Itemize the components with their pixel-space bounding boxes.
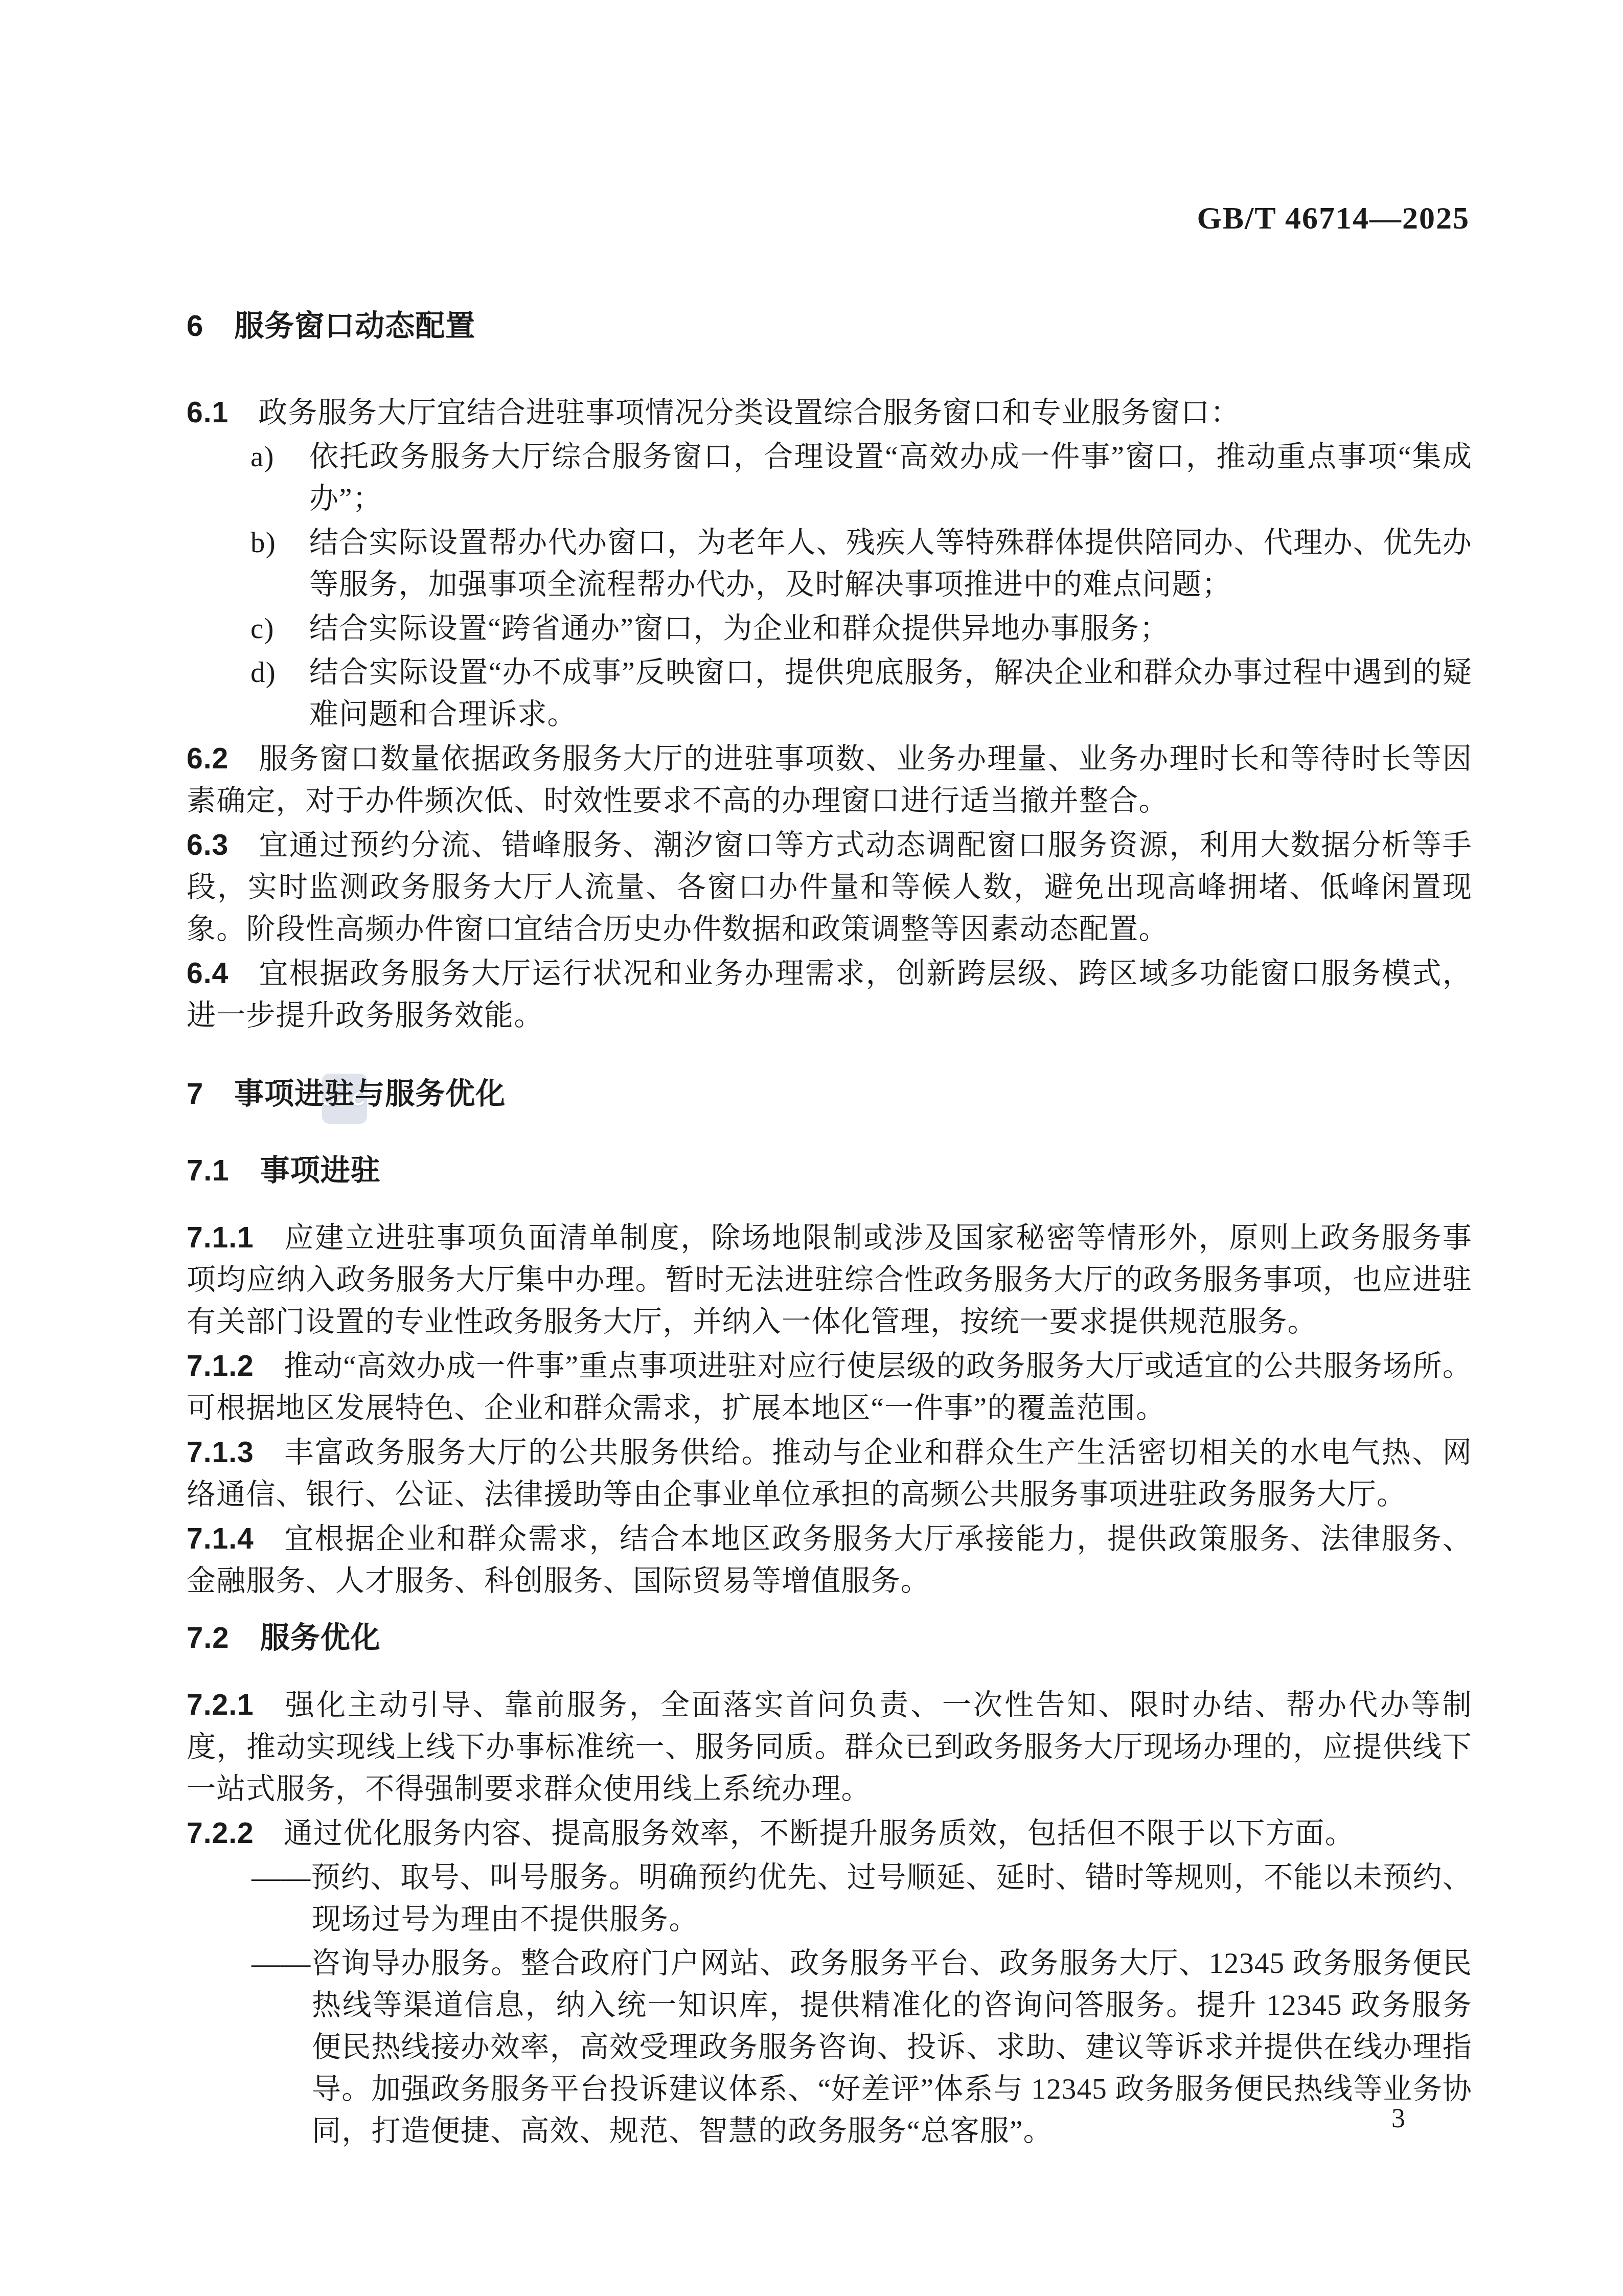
- clause-7-1-4-text: 宜根据企业和群众需求，结合本地区政务服务大厅承接能力，提供政策服务、法律服务、金…: [187, 1523, 1472, 1597]
- clause-7-1-4: 7.1.4宜根据企业和群众需求，结合本地区政务服务大厅承接能力，提供政策服务、法…: [187, 1518, 1472, 1602]
- clause-6-1-text: 政务服务大厅宜结合进驻事项情况分类设置综合服务窗口和专业服务窗口：: [258, 397, 1240, 429]
- clause-7-1-4-number: 7.1.4: [187, 1522, 254, 1555]
- list-item-d-marker: d): [250, 652, 276, 694]
- section-7-number: 7: [187, 1077, 203, 1110]
- clause-7-1-1-text: 应建立进驻事项负面清单制度，除场地限制或涉及国家秘密等情形外，原则上政务服务事项…: [187, 1222, 1472, 1338]
- list-item-c-marker: c): [250, 608, 275, 650]
- list-item-a-text: 依托政务服务大厅综合服务窗口，合理设置“高效办成一件事”窗口，推动重点事项“集成…: [309, 441, 1472, 515]
- dash-item-1-text: 预约、取号、叫号服务。明确预约优先、过号顺延、延时、错时等规则，不能以未预约、现…: [311, 1861, 1472, 1936]
- standard-number-header: GB/T 46714—2025: [1197, 200, 1470, 237]
- clause-6-2-number: 6.2: [187, 742, 228, 775]
- clause-6-2-text: 服务窗口数量依据政务服务大厅的进驻事项数、业务办理量、业务办理时长和等待时长等因…: [187, 743, 1472, 817]
- clause-6-4-text: 宜根据政务服务大厅运行状况和业务办理需求，创新跨层级、跨区域多功能窗口服务模式，…: [187, 958, 1472, 1032]
- clause-7-2-1: 7.2.1强化主动引导、靠前服务，全面落实首问负责、一次性告知、限时办结、帮办代…: [187, 1684, 1472, 1810]
- clause-6-4: 6.4宜根据政务服务大厅运行状况和业务办理需求，创新跨层级、跨区域多功能窗口服务…: [187, 952, 1472, 1037]
- clause-6-2: 6.2服务窗口数量依据政务服务大厅的进驻事项数、业务办理量、业务办理时长和等待时…: [187, 738, 1472, 822]
- section-6-heading: 6服务窗口动态配置: [187, 306, 1472, 347]
- clause-6-1-number: 6.1: [187, 396, 228, 429]
- dash-item-2-text: 咨询导办服务。整合政府门户网站、政务服务平台、政务服务大厅、12345 政务服务…: [311, 1947, 1472, 2147]
- list-item-b: b)结合实际设置帮办代办窗口，为老年人、残疾人等特殊群体提供陪同办、代理办、优先…: [187, 522, 1472, 606]
- dash-item-2-marker: ——: [252, 1947, 311, 1980]
- list-item-d-text: 结合实际设置“办不成事”反映窗口，提供兜底服务，解决企业和群众办事过程中遇到的疑…: [309, 656, 1472, 731]
- clause-6-3: 6.3宜通过预约分流、错峰服务、潮汐窗口等方式动态调配窗口服务资源，利用大数据分…: [187, 824, 1472, 950]
- list-item-c: c)结合实际设置“跨省通办”窗口，为企业和群众提供异地办事服务；: [187, 608, 1472, 650]
- dash-item-appointment-service: ——预约、取号、叫号服务。明确预约优先、过号顺延、延时、错时等规则，不能以未预约…: [187, 1857, 1472, 1941]
- list-item-b-marker: b): [250, 522, 276, 564]
- clause-7-2-1-text: 强化主动引导、靠前服务，全面落实首问负责、一次性告知、限时办结、帮办代办等制度，…: [187, 1689, 1472, 1805]
- document-body: 6服务窗口动态配置 6.1政务服务大厅宜结合进驻事项情况分类设置综合服务窗口和专…: [187, 306, 1472, 2154]
- clause-7-1-2-text: 推动“高效办成一件事”重点事项进驻对应行使层级的政务服务大厅或适宜的公共服务场所…: [187, 1350, 1472, 1424]
- dash-item-1-marker: ——: [252, 1861, 311, 1894]
- clause-6-3-text: 宜通过预约分流、错峰服务、潮汐窗口等方式动态调配窗口服务资源，利用大数据分析等手…: [187, 829, 1472, 945]
- subsection-7-2-title: 服务优化: [260, 1621, 381, 1654]
- document-page: GB/T 46714—2025 SAC 6服务窗口动态配置 6.1政务服务大厅宜…: [0, 0, 1623, 2296]
- clause-7-2-2-number: 7.2.2: [187, 1817, 254, 1850]
- subsection-7-2-heading: 7.2服务优化: [187, 1618, 1472, 1658]
- dash-item-consultation-service: ——咨询导办服务。整合政府门户网站、政务服务平台、政务服务大厅、12345 政务…: [187, 1943, 1472, 2152]
- list-item-b-text: 结合实际设置帮办代办窗口，为老年人、残疾人等特殊群体提供陪同办、代理办、优先办等…: [309, 527, 1472, 601]
- clause-7-1-1-number: 7.1.1: [187, 1221, 254, 1254]
- section-7-heading: 7事项进驻与服务优化: [187, 1074, 1472, 1115]
- subsection-7-1-number: 7.1: [187, 1154, 230, 1187]
- list-item-a-marker: a): [250, 436, 275, 478]
- clause-7-1-2-number: 7.1.2: [187, 1350, 254, 1382]
- section-7-title: 事项进驻与服务优化: [234, 1077, 506, 1110]
- clause-7-1-1: 7.1.1应建立进驻事项负面清单制度，除场地限制或涉及国家秘密等情形外，原则上政…: [187, 1217, 1472, 1343]
- clause-7-2-2: 7.2.2通过优化服务内容、提高服务效率，不断提升服务质效，包括但不限于以下方面…: [187, 1812, 1472, 1855]
- clause-7-1-3-text: 丰富政务服务大厅的公共服务供给。推动与企业和群众生产生活密切相关的水电气热、网络…: [187, 1437, 1472, 1511]
- section-6-number: 6: [187, 309, 203, 343]
- list-item-c-text: 结合实际设置“跨省通办”窗口，为企业和群众提供异地办事服务；: [309, 612, 1170, 645]
- clause-6-3-number: 6.3: [187, 829, 228, 861]
- clause-7-1-3: 7.1.3丰富政务服务大厅的公共服务供给。推动与企业和群众生产生活密切相关的水电…: [187, 1431, 1472, 1516]
- list-item-d: d)结合实际设置“办不成事”反映窗口，提供兜底服务，解决企业和群众办事过程中遇到…: [187, 652, 1472, 736]
- clause-7-1-3-number: 7.1.3: [187, 1436, 254, 1469]
- clause-6-1: 6.1政务服务大厅宜结合进驻事项情况分类设置综合服务窗口和专业服务窗口：: [187, 392, 1472, 434]
- subsection-7-2-number: 7.2: [187, 1621, 230, 1654]
- subsection-7-1-title: 事项进驻: [260, 1154, 381, 1187]
- list-item-a: a)依托政务服务大厅综合服务窗口，合理设置“高效办成一件事”窗口，推动重点事项“…: [187, 436, 1472, 520]
- subsection-7-1-heading: 7.1事项进驻: [187, 1150, 1472, 1191]
- clause-7-2-2-text: 通过优化服务内容、提高服务效率，不断提升服务质效，包括但不限于以下方面。: [284, 1817, 1355, 1850]
- section-6-title: 服务窗口动态配置: [234, 309, 475, 343]
- clause-7-2-1-number: 7.2.1: [187, 1689, 254, 1721]
- clause-6-4-number: 6.4: [187, 957, 228, 990]
- clause-7-1-2: 7.1.2推动“高效办成一件事”重点事项进驻对应行使层级的政务服务大厅或适宜的公…: [187, 1345, 1472, 1429]
